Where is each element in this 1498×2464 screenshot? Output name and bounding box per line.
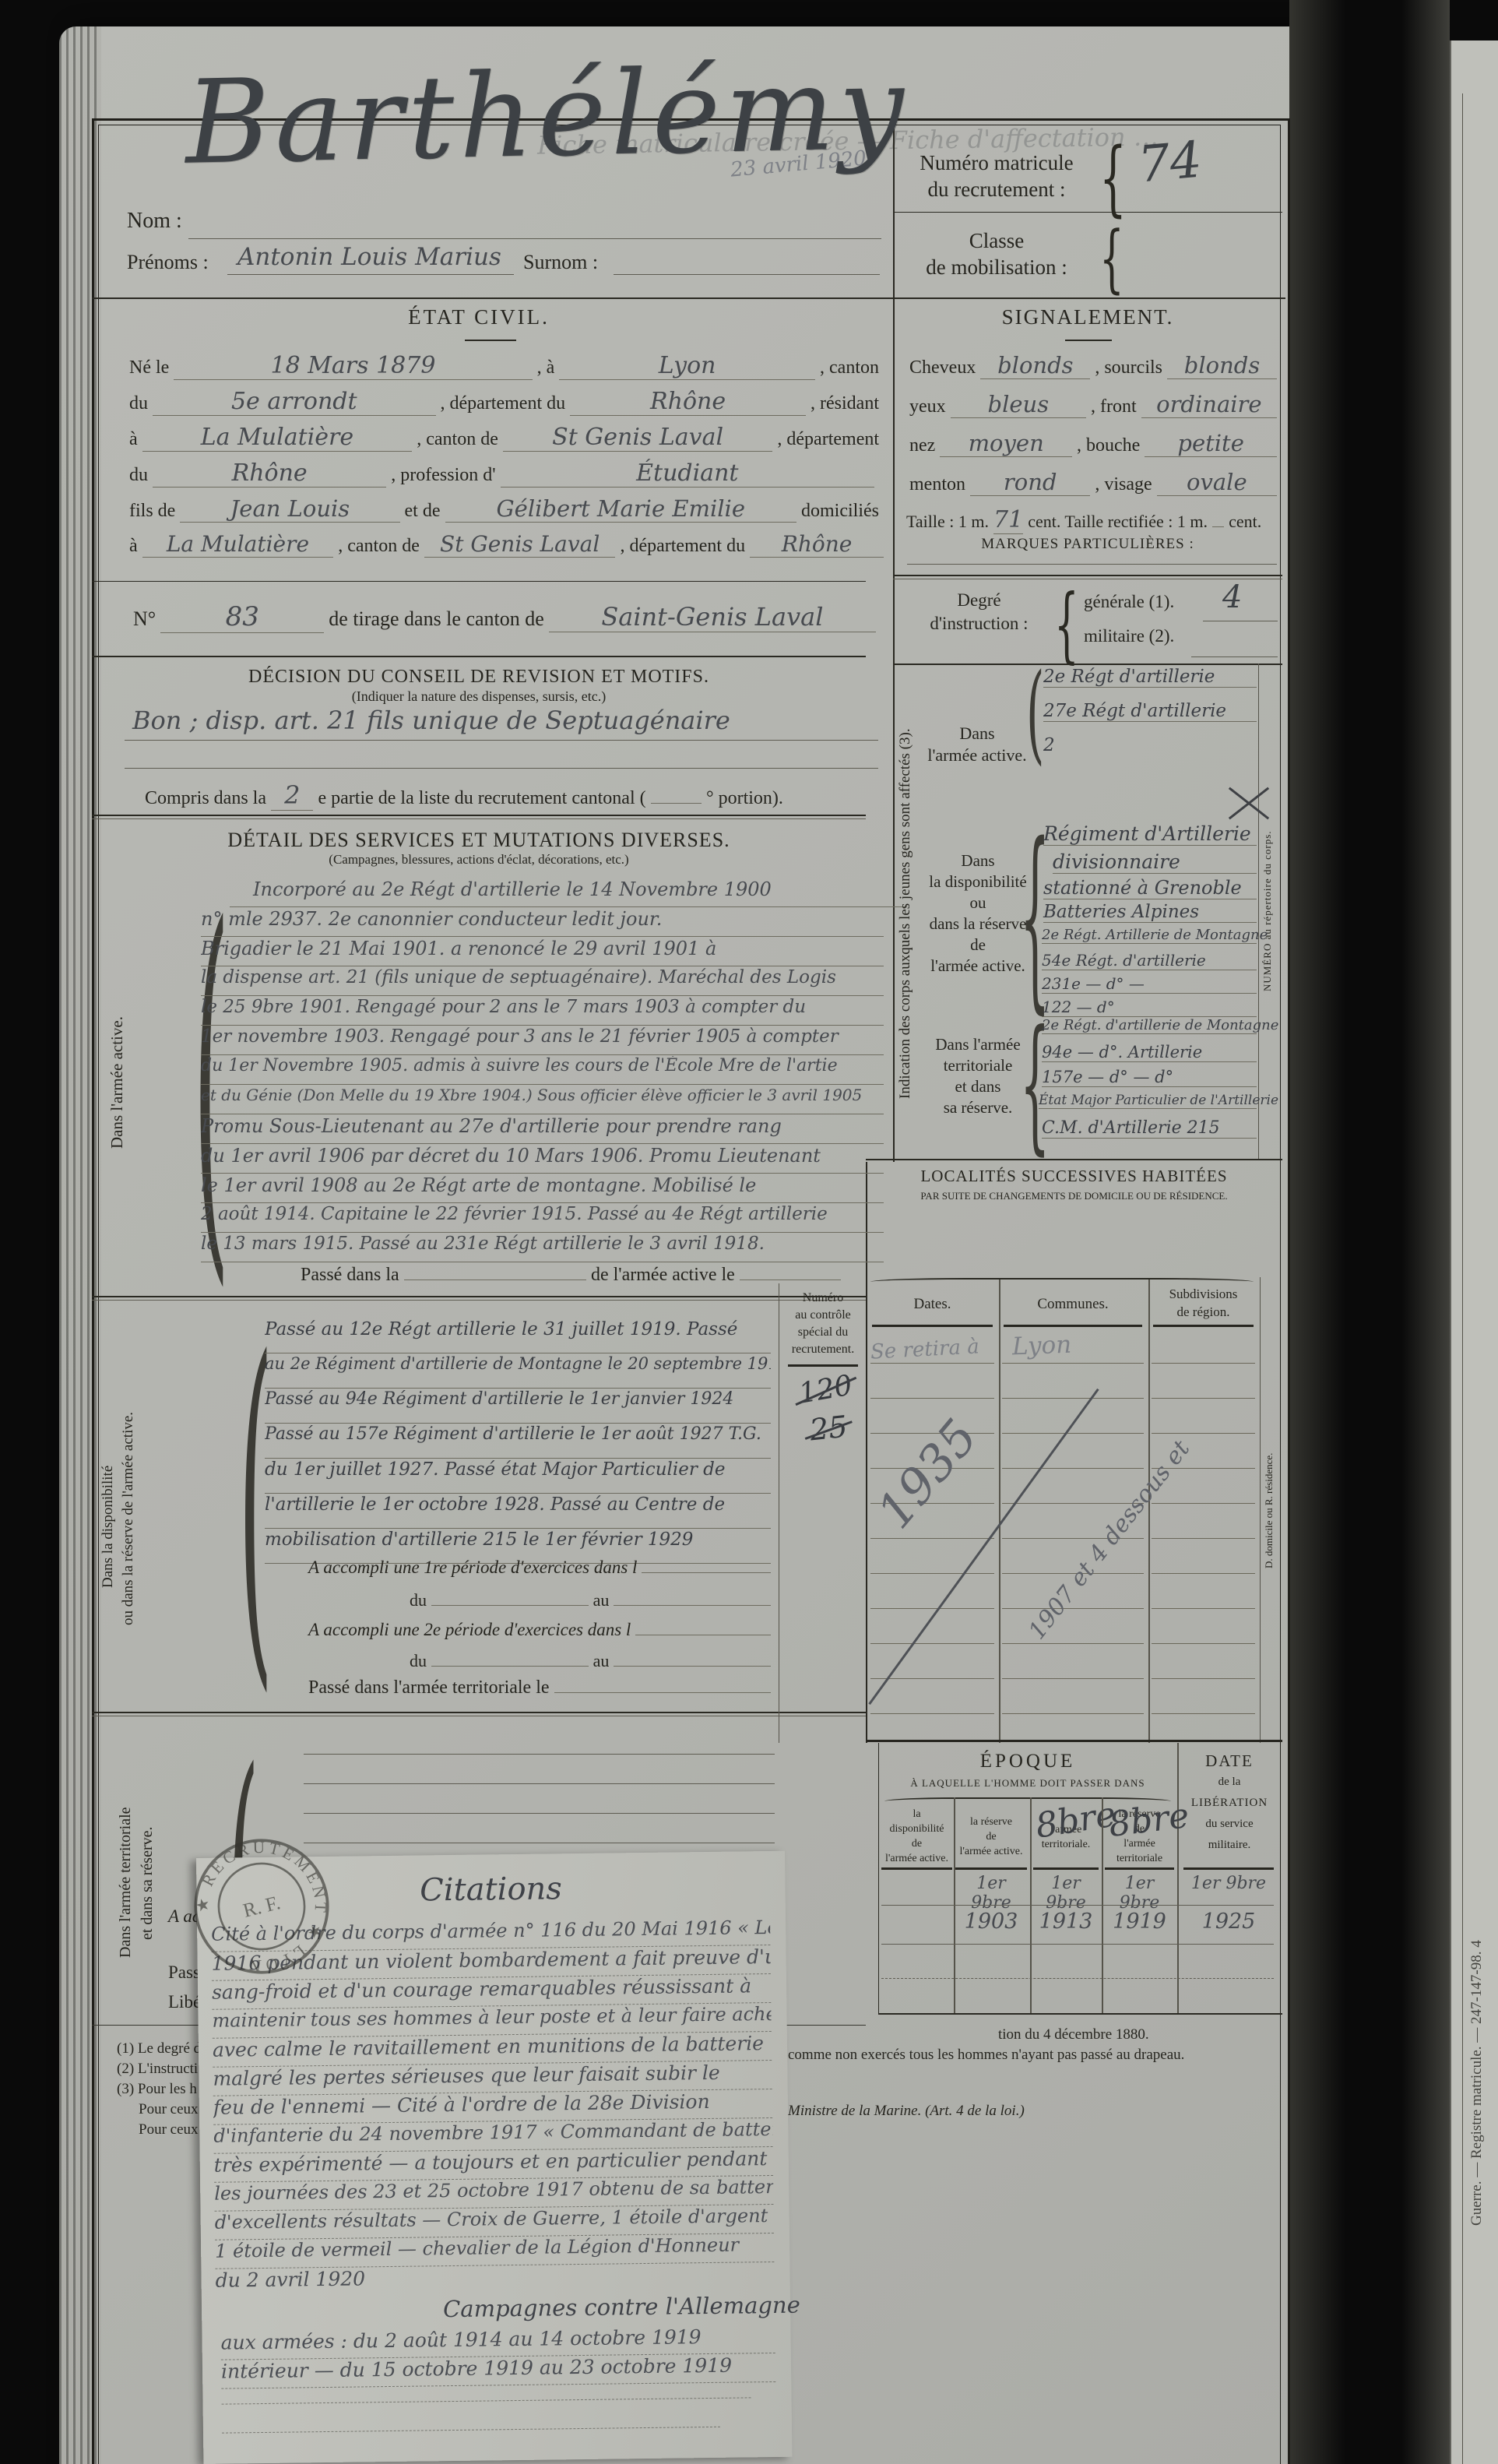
table-header-rule <box>1004 1325 1142 1327</box>
double-divider <box>92 1712 866 1713</box>
degre-generale-value: 4 <box>1222 579 1242 615</box>
service-line: 2 août 1914. Capitaine le 22 février 191… <box>201 1204 884 1233</box>
double-divider <box>92 815 866 816</box>
field-label: du <box>125 393 153 414</box>
field-value: La Mulatière <box>142 531 334 558</box>
field-label: , canton de <box>412 429 503 450</box>
field-label: N° <box>128 607 160 631</box>
epoque-title: ÉPOQUE <box>878 1751 1177 1772</box>
corps-entry: 94e — d°. Artillerie <box>1042 1043 1257 1062</box>
corps-entry: divisionnaire <box>1053 850 1257 874</box>
epoque-value-year: 1913 <box>1033 1910 1099 1934</box>
campagnes-heading: Campagnes contre l'Allemagne <box>443 2292 800 2323</box>
field-label: e partie de la liste du recrutement cant… <box>313 788 650 809</box>
double-divider <box>92 1716 866 1716</box>
scanned-register-page: Guerre. — Registre matricule. — 247-147-… <box>0 0 1498 2464</box>
field-value: 71 <box>993 506 1023 534</box>
corps-entry: 2e Régt. Artillerie de Montagne <box>1042 927 1257 944</box>
field-label: , département <box>772 429 884 450</box>
controle-header-rule <box>788 1364 858 1367</box>
etat-civil-title: ÉTAT CIVIL. <box>92 305 866 329</box>
service-line: Promu Sous-Lieutenant au 27e d'artilleri… <box>201 1115 884 1144</box>
nom-label: Nom : <box>127 209 182 234</box>
territoriale-side-label: et dans sa réserve. <box>139 1766 156 2000</box>
field-value: ordinaire <box>1141 391 1277 418</box>
field-label: fils de <box>125 501 180 522</box>
reserve-line: l'artillerie le 1er octobre 1928. Passé … <box>265 1494 771 1529</box>
reserve-line: Passé au 94e Régiment d'artillerie le 1e… <box>265 1389 771 1424</box>
section-divider <box>866 1159 1282 1160</box>
armee-active-side-label: Dans l'armée active. <box>107 923 127 1242</box>
epoque-col-header: la disponibilité de l'armée active. <box>881 1807 952 1866</box>
field-label: cent. <box>1224 512 1266 532</box>
table-row-lines <box>1152 1329 1255 1740</box>
footnote-line: Pour ceux <box>139 2121 199 2138</box>
prenoms-label: Prénoms : <box>127 251 209 274</box>
surnom-line <box>614 274 880 275</box>
matricule-divider <box>893 212 1282 213</box>
surname-display: Barthélémy <box>184 40 909 189</box>
footnote-fragment: Ministre de la Marine. (Art. 4 de la loi… <box>788 2103 1025 2120</box>
prenoms-line <box>227 274 514 275</box>
territoriale-blank-line <box>304 1843 775 1843</box>
field-label: au <box>589 1651 614 1671</box>
epoque-value: 1er 9bre <box>955 1874 1027 1913</box>
classe-label: Classe de mobilisation : <box>899 227 1094 280</box>
decision-title: DÉCISION DU CONSEIL DE REVISION ET MOTIF… <box>92 667 866 688</box>
column-divider <box>893 118 895 1162</box>
field-label: , à <box>533 357 560 378</box>
epoque-row-line <box>881 1944 1274 1945</box>
degre-line <box>1191 656 1278 657</box>
blank-field <box>740 1280 841 1280</box>
epoque-row-line <box>881 1905 1274 1906</box>
corps-entry: 2e Régt. d'artillerie de Montagne <box>1042 1017 1257 1034</box>
service-line: et du Génie (Don Melle du 19 Xbre 1904.)… <box>201 1086 884 1114</box>
marques-label: MARQUES PARTICULIÈRES : <box>893 536 1282 553</box>
double-divider <box>92 1296 866 1297</box>
epoque-value: 1er 9bre <box>1033 1874 1099 1913</box>
matricule-value: 74 <box>1136 132 1204 195</box>
footnote-line: (3) Pour les h <box>117 2081 197 2098</box>
blank-field <box>1212 526 1224 527</box>
field-label: Cheveux <box>905 357 980 378</box>
header-bottom-divider <box>92 297 1285 299</box>
field-label: nez <box>905 435 940 456</box>
etat-civil-line: du Rhône , profession d' Étudiant <box>125 459 884 488</box>
etat-civil-line: Né le 18 Mars 1879 , à Lyon , canton <box>125 352 884 380</box>
periode-2-line: A accompli une 2e période d'exercices da… <box>304 1620 771 1640</box>
blank-field <box>404 1280 586 1280</box>
brace-icon <box>1054 584 1079 666</box>
field-value: Lyon <box>559 352 815 380</box>
corps-entry: Batteries Alpines <box>1043 902 1257 923</box>
field-label: A accompli une 1re période d'exercices d… <box>304 1558 642 1578</box>
page-gap-shadow <box>1289 0 1450 2464</box>
signalement-line: Cheveux blonds , sourcils blonds <box>905 352 1277 379</box>
campagnes-line: intérieur — du 15 octobre 1919 au 23 oct… <box>221 2353 775 2389</box>
tirage-line: N° 83 de tirage dans le canton de Saint-… <box>128 601 876 633</box>
service-line: du 1er Novembre 1905. admis à suivre les… <box>201 1056 884 1085</box>
service-line: 1er novembre 1903. Rengagé pour 3 ans le… <box>201 1026 884 1055</box>
taille-line: Taille : 1 m. 71 cent. Taille rectifiée … <box>902 506 1280 534</box>
adjacent-page-border <box>1462 93 1463 2464</box>
controle-header: Numéro au contrôle spécial du recrutemen… <box>782 1290 864 1358</box>
slip-blank-line <box>222 2396 751 2404</box>
field-label: cent. Taille rectifiée : 1 m. <box>1023 512 1212 532</box>
field-label: Taille : 1 m. <box>902 512 993 532</box>
matricule-label: Numéro matricule du recrutement : <box>899 150 1094 202</box>
surnom-label: Surnom : <box>523 251 598 274</box>
field-value: 5e arrondt <box>153 388 436 416</box>
epoque-row-line <box>881 1978 1274 1979</box>
adjacent-page-caption: Guerre. — Registre matricule. — 247-147-… <box>1468 1721 1486 2445</box>
corps-entry: 157e — d° — d° <box>1042 1068 1257 1087</box>
field-value: Rhône <box>153 459 386 488</box>
brace-icon <box>1099 137 1127 219</box>
localites-subtitle: PAR SUITE DE CHANGEMENTS DE DOMICILE OU … <box>866 1190 1282 1202</box>
blank-field <box>614 1605 771 1606</box>
field-value: blonds <box>980 352 1090 379</box>
slip-blank-line <box>222 2426 720 2434</box>
numero-repertoire-border <box>1258 664 1259 1159</box>
etat-civil-line: à La Mulatière , canton de St Genis Lava… <box>125 531 884 558</box>
decision-text: Bon ; disp. art. 21 fils unique de Septu… <box>132 706 730 735</box>
epoque-value: 1er 9bre <box>1183 1874 1274 1893</box>
decision-line <box>125 740 878 741</box>
periode-du-au-line: du au <box>405 1651 771 1671</box>
corps-entry: C.M. d'Artillerie 215 <box>1042 1118 1257 1139</box>
field-value: ovale <box>1157 469 1277 496</box>
double-divider <box>92 818 866 819</box>
epoque-value-year: 1903 <box>955 1910 1027 1934</box>
corps-entry: 27e Régt d'artillerie <box>1043 701 1257 722</box>
epoque-header-rule <box>955 1867 1027 1870</box>
service-line: Brigadier le 21 Mai 1901. a renoncé le 2… <box>201 938 884 966</box>
field-label: Passé dans la <box>296 1265 404 1286</box>
passe-territoriale-line: Passé dans l'armée territoriale le <box>304 1677 771 1698</box>
field-label: au <box>589 1590 614 1610</box>
field-label: , sourcils <box>1090 357 1167 378</box>
field-label: , profession d' <box>386 465 500 486</box>
field-label: , front <box>1086 396 1141 417</box>
epoque-col-header: la réserve de l'armée active. <box>955 1815 1027 1859</box>
compris-line: Compris dans la 2 e partie de la liste d… <box>140 780 864 811</box>
tirage-number: 83 <box>160 601 324 633</box>
field-label: , département du <box>436 393 571 414</box>
field-label: , résidant <box>806 393 884 414</box>
citation-line: du 2 avril 1920 <box>215 2265 526 2292</box>
reserve-line: Passé au 157e Régiment d'artillerie le 1… <box>265 1424 771 1459</box>
territoriale-blank-line <box>304 1813 775 1814</box>
field-value: St Genis Laval <box>503 424 773 452</box>
blank-field <box>554 1692 771 1693</box>
etat-civil-line: fils de Jean Louis et de Gélibert Marie … <box>125 495 884 523</box>
passe-armee-active-line: Passé dans la de l'armée active le <box>296 1265 841 1286</box>
field-label: yeux <box>905 396 951 417</box>
etat-civil-line: à La Mulatière , canton de St Genis Lava… <box>125 424 884 452</box>
service-line: la dispense art. 21 (fils unique de sept… <box>201 967 884 996</box>
field-value: Rhône <box>570 388 806 416</box>
periode-1-line: A accompli une 1re période d'exercices d… <box>304 1558 771 1578</box>
field-label: , canton <box>815 357 884 378</box>
degre-label: Degré d'instruction : <box>907 589 1051 635</box>
epoque-header-rule <box>881 1867 952 1870</box>
epoque-header-rule <box>1105 1867 1174 1870</box>
blank-field <box>431 1605 589 1606</box>
reserve-line: du 1er juillet 1927. Passé état Major Pa… <box>265 1459 771 1494</box>
field-value: Rhône <box>750 531 884 558</box>
signalement-title: SIGNALEMENT. <box>893 305 1282 329</box>
service-line: le 25 9bre 1901. Rengagé pour 2 ans le 7… <box>201 997 884 1026</box>
field-value: blonds <box>1167 352 1277 379</box>
localites-col-subdiv: Subdivisions de région. <box>1152 1285 1255 1321</box>
nom-line <box>188 238 881 239</box>
localites-pencil-commune: Lyon <box>1011 1331 1071 1361</box>
table-header-rule <box>872 1325 993 1327</box>
reserve-side-label: Dans la disponibilité <box>100 1371 117 1682</box>
citation-line: 1 étoile de vermeil — chevalier de la Lé… <box>215 2233 774 2269</box>
domicile-residence-label: D. domicile ou R. résidence. <box>1263 1308 1275 1713</box>
field-value: La Mulatière <box>142 424 413 452</box>
field-value: St Genis Laval <box>424 531 616 558</box>
corps-side-label: Indication des corps auxquels les jeunes… <box>897 668 914 1159</box>
corps-entry: 2e Régt d'artillerie <box>1043 667 1257 688</box>
corps-entry: État Major Particulier de l'Artillerie <box>1039 1093 1257 1109</box>
service-line: le 1er avril 1908 au 2e Régt arte de mon… <box>201 1174 884 1203</box>
signalement-line: menton rond , visage ovale <box>905 469 1277 496</box>
corps-entry: 122 — d° <box>1042 998 1257 1017</box>
field-label: , département du <box>615 536 750 557</box>
double-divider <box>92 1300 866 1301</box>
table-column-border <box>999 1280 1000 1743</box>
field-label: , bouche <box>1072 435 1145 456</box>
epoque-value-year: 1925 <box>1183 1910 1274 1934</box>
prenoms-value: Antonin Louis Marius <box>237 243 501 271</box>
territoriale-blank-line <box>304 1783 775 1784</box>
epoque-date-header: DATE de la LIBÉRATION du service militai… <box>1183 1751 1275 1856</box>
field-value: rond <box>970 469 1090 496</box>
field-value: Étudiant <box>501 459 874 488</box>
field-label: Né le <box>125 357 174 378</box>
field-value: Jean Louis <box>180 495 399 523</box>
corps-active-label: Dans l'armée active. <box>927 723 1028 766</box>
numero-repertoire-label: NUMÉRO au répertoire du corps. <box>1261 685 1274 1137</box>
field-label: du <box>405 1651 431 1671</box>
epoque-header-rule <box>1183 1867 1274 1870</box>
field-label: de tirage dans le canton de <box>324 607 549 631</box>
brace-icon <box>1099 221 1124 295</box>
periode-du-au-line: du au <box>405 1590 771 1610</box>
degre-generale-label: générale (1). <box>1084 592 1174 612</box>
field-label: ° portion). <box>702 788 788 809</box>
section-divider <box>893 664 1282 665</box>
signalement-line: nez moyen , bouche petite <box>905 430 1277 457</box>
field-label: et de <box>400 501 445 522</box>
blank-field <box>431 1666 589 1667</box>
table-column-border <box>1260 1277 1261 1743</box>
field-label: Compris dans la <box>140 788 271 809</box>
blank-field <box>614 1666 771 1667</box>
localites-col-communes: Communes. <box>1002 1296 1144 1313</box>
footnote-fragment: tion du 4 décembre 1880. <box>998 2026 1149 2043</box>
field-label: domiciliés <box>796 501 884 522</box>
epoque-bottom-rule <box>878 2013 1282 2015</box>
decision-subtitle: (Indiquer la nature des dispenses, sursi… <box>92 688 866 705</box>
field-label: du <box>125 465 153 486</box>
reserve-line: Passé au 12e Régt artillerie le 31 juill… <box>265 1319 771 1353</box>
footnote-line: Pour ceux <box>139 2101 199 2118</box>
service-line: du 1er avril 1906 par décret du 10 Mars … <box>201 1145 884 1174</box>
field-label: à <box>125 429 142 450</box>
controle-old-number: 25 <box>808 1410 849 1448</box>
epoque-value-year: 1919 <box>1105 1910 1174 1934</box>
decision-line <box>125 768 878 769</box>
section-divider <box>92 656 866 657</box>
field-label: du <box>405 1590 431 1610</box>
double-divider <box>893 575 1282 576</box>
field-value: petite <box>1145 430 1277 457</box>
table-header-rule <box>1153 1325 1254 1327</box>
corps-entry: 2 <box>1043 735 1257 755</box>
blank-field <box>642 1572 771 1573</box>
marques-line <box>907 564 1277 565</box>
service-line: n° mle 2937. 2e canonnier conducteur led… <box>201 908 884 937</box>
corps-entry: 231e — d° — <box>1042 974 1257 994</box>
field-value: 18 Mars 1879 <box>174 352 532 380</box>
service-line: Incorporé au 2e Régt d'artillerie le 14 … <box>230 878 907 907</box>
reserve-side-label: ou dans la réserve de l'armée active. <box>120 1324 137 1713</box>
section-divider <box>866 1740 1282 1742</box>
reserve-line: au 2e Régiment d'artillerie de Montagne … <box>265 1354 771 1389</box>
field-label: menton <box>905 474 970 495</box>
territoriale-side-label: Dans l'armée territoriale <box>117 1762 135 2003</box>
epoque-subtitle: À LAQUELLE L'HOMME DOIT PASSER DANS <box>878 1777 1177 1790</box>
bracket-icon <box>1026 660 1044 768</box>
footnote-line: (2) L'instructi <box>117 2061 198 2078</box>
field-value: bleus <box>951 391 1086 418</box>
service-line: le 13 mars 1915. Passé au 231e Régt arti… <box>201 1234 884 1262</box>
epoque-header-rule <box>1033 1867 1099 1870</box>
field-value: Gélibert Marie Emilie <box>445 495 797 523</box>
section-divider <box>92 581 866 582</box>
field-label: A accompli une 2e période d'exercices da… <box>304 1620 635 1640</box>
corps-entry: 54e Régt. d'artillerie <box>1042 951 1257 970</box>
corps-entry: stationné à Grenoble <box>1043 877 1257 899</box>
date-column-border <box>1177 1743 1179 2013</box>
field-value: 2 <box>271 780 313 811</box>
corps-entry: Régiment d'Artillerie <box>1043 822 1257 846</box>
title-dash <box>465 340 516 341</box>
controle-column-border <box>779 1283 779 1743</box>
tirage-canton: Saint-Genis Laval <box>549 602 876 632</box>
localites-col-dates: Dates. <box>870 1296 994 1313</box>
signalement-line: yeux bleus , front ordinaire <box>905 391 1277 418</box>
title-dash <box>1065 340 1112 341</box>
blank-field <box>635 1635 771 1635</box>
stamp-center-text: R. F. <box>241 1892 282 1922</box>
field-label: , canton de <box>333 536 424 557</box>
field-value: moyen <box>940 430 1072 457</box>
degre-militaire-label: militaire (2). <box>1084 626 1174 646</box>
field-label: à <box>125 536 142 557</box>
field-label: de l'armée active le <box>586 1265 740 1286</box>
footnote-line: (1) Le degré d <box>117 2040 201 2057</box>
territoriale-blank-line <box>304 1754 775 1755</box>
blank-field <box>651 803 702 804</box>
field-label: , visage <box>1090 474 1156 495</box>
footnote-fragment: comme non exercés tous les hommes n'ayan… <box>788 2047 1184 2064</box>
etat-civil-line: du 5e arrondt , département du Rhône , r… <box>125 388 884 416</box>
field-label: Passé dans l'armée territoriale le <box>304 1677 554 1698</box>
degre-line <box>1203 621 1278 621</box>
epoque-value: 1er 9bre <box>1105 1874 1174 1913</box>
localites-title: LOCALITÉS SUCCESSIVES HABITÉES <box>866 1167 1282 1186</box>
